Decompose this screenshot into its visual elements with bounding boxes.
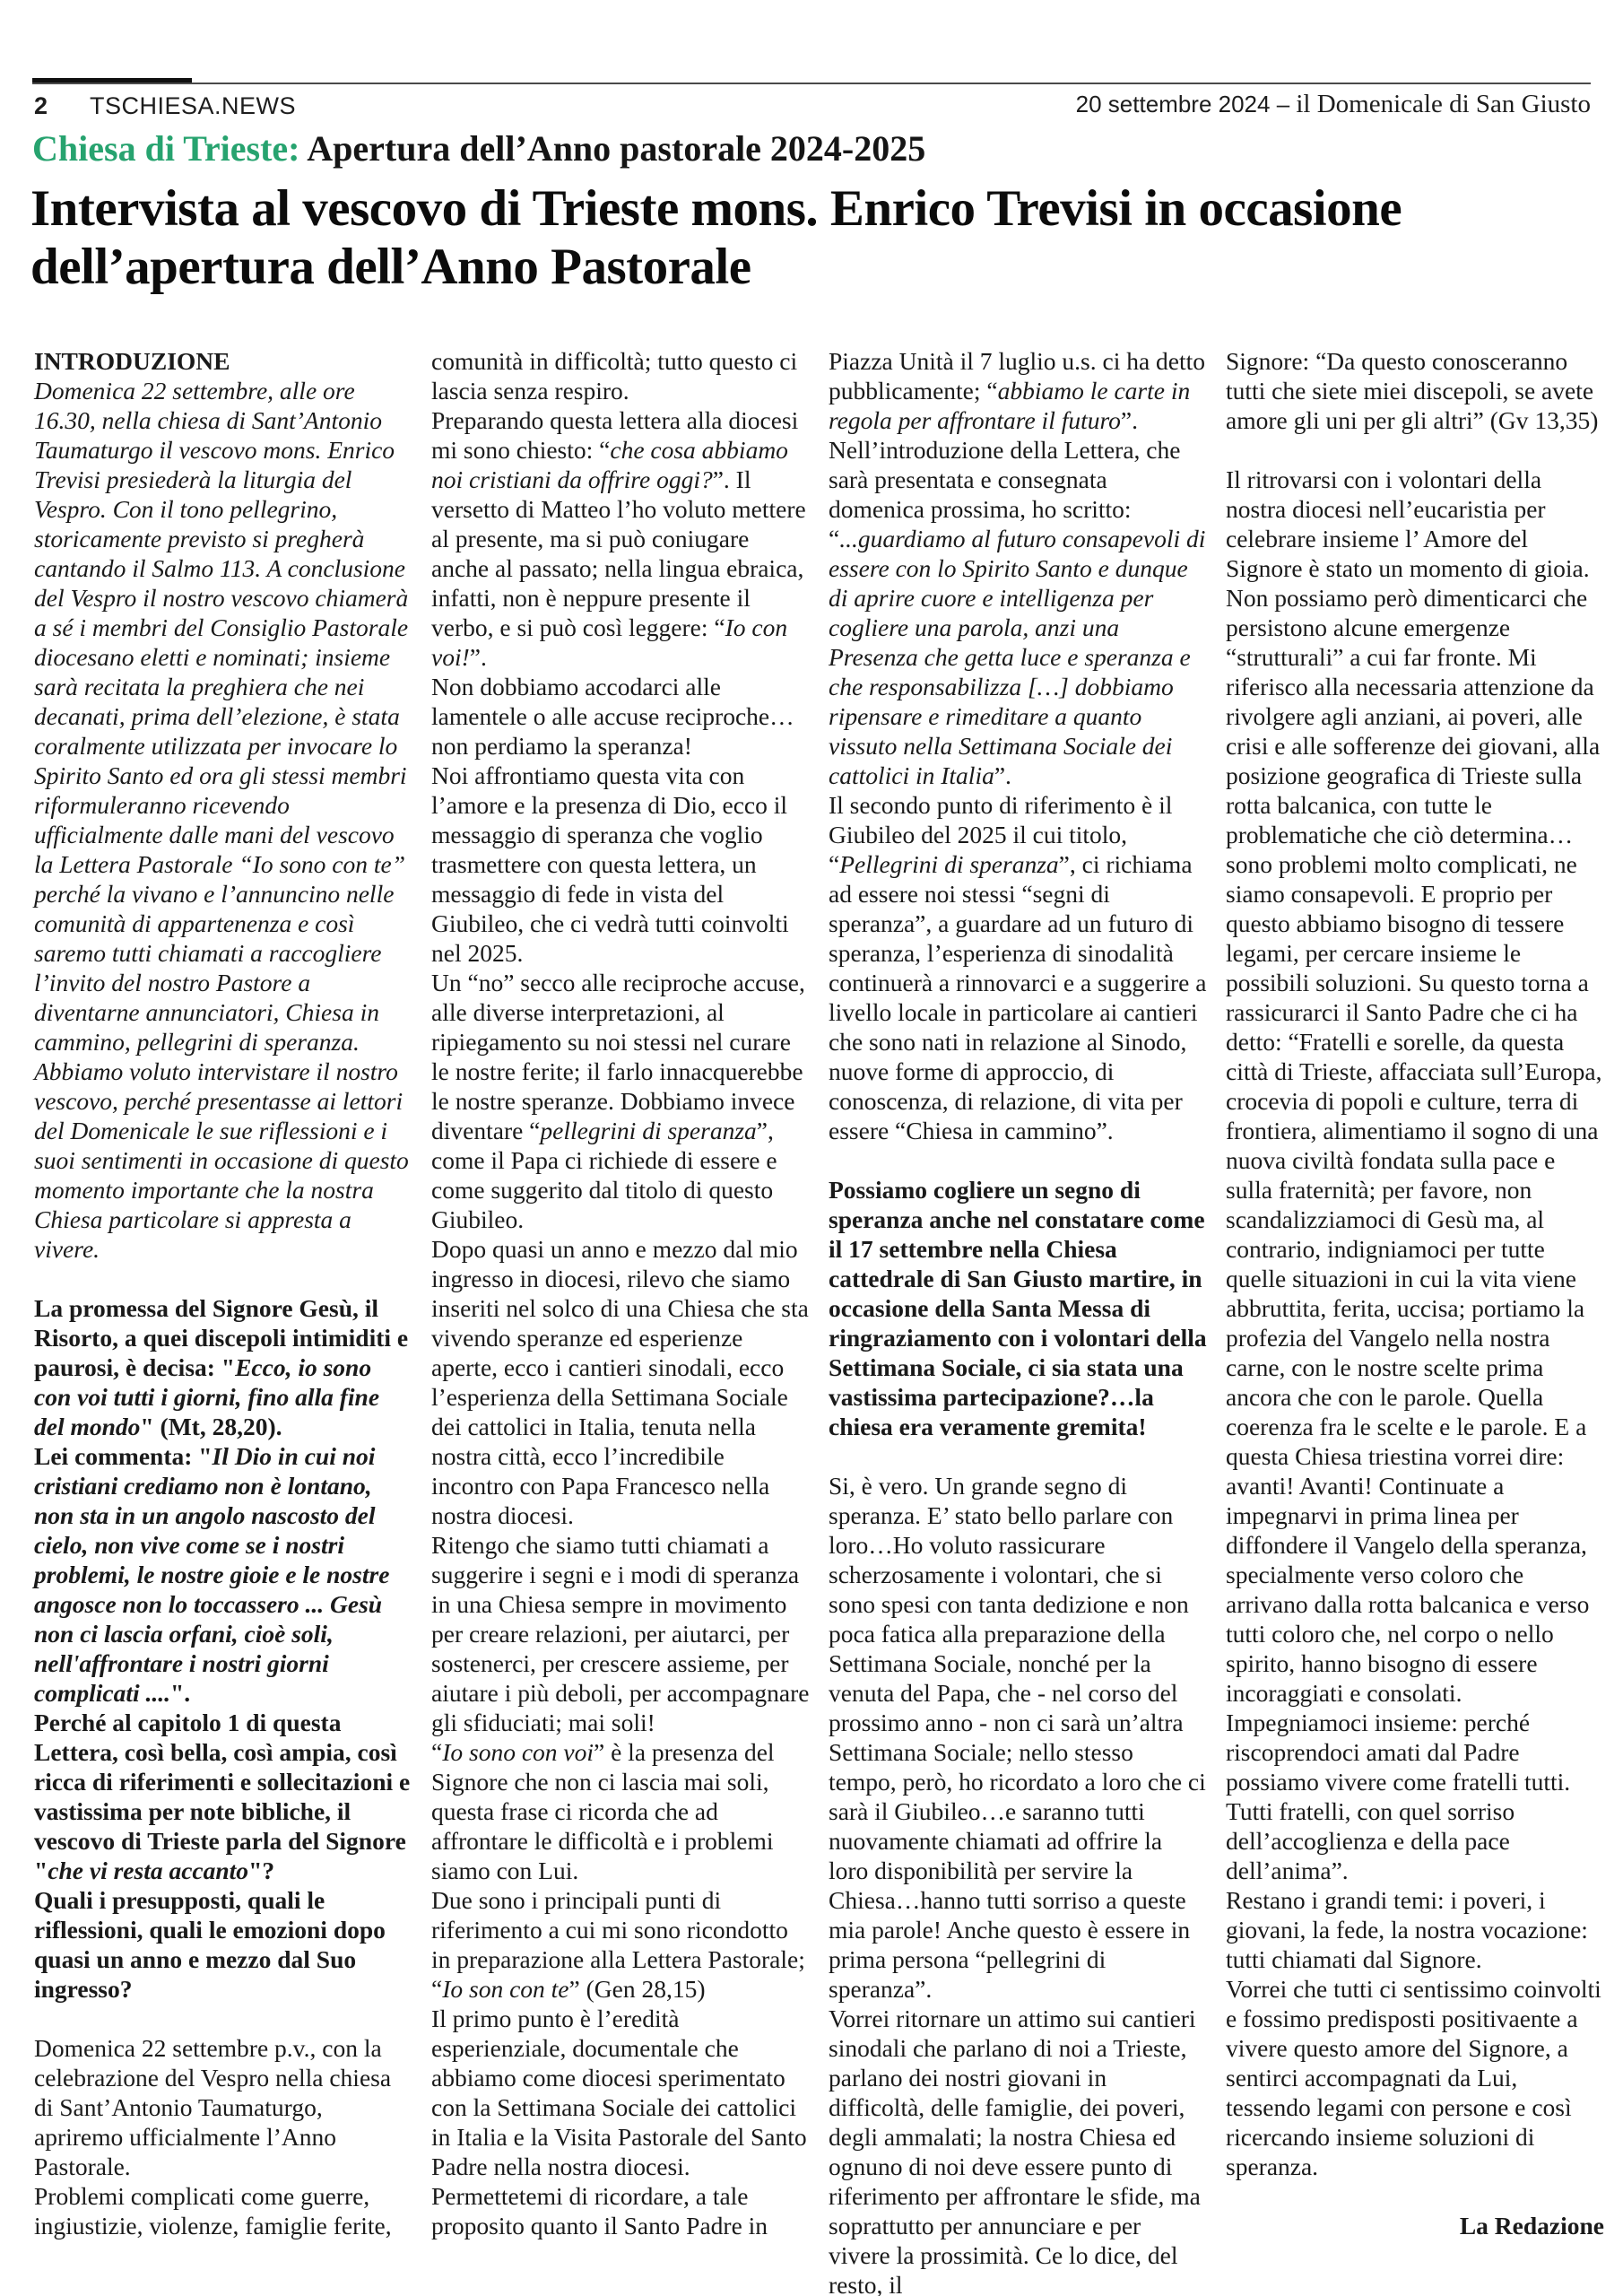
kicker-highlight: Chiesa di Trieste: bbox=[32, 128, 300, 169]
text-run: ”. bbox=[470, 643, 487, 671]
text-run: ”. bbox=[1121, 406, 1138, 434]
paragraph: comunità in difficoltà; tutto questo ci … bbox=[431, 346, 810, 405]
paragraph-spacer bbox=[829, 1441, 1207, 1471]
paragraph: Possiamo cogliere un segno di speranza a… bbox=[829, 1175, 1207, 1441]
article-column-4: Signore: “Da questo conosceranno tutti c… bbox=[1226, 346, 1604, 2296]
text-run: Il Dio in cui noi cristiani crediamo non… bbox=[34, 1442, 389, 1707]
paragraph: Un “no” secco alle reciproche accuse, al… bbox=[431, 968, 810, 1234]
text-run: ”, ci richiama ad essere noi stessi “seg… bbox=[829, 850, 1206, 1144]
text-run: ” (Gen 28,15) bbox=[569, 1975, 706, 2003]
text-run: Io son con te bbox=[442, 1975, 568, 2003]
paragraph: Il ritrovarsi con i volontari della nost… bbox=[1226, 465, 1604, 1885]
text-run: comunità in difficoltà; tutto questo ci … bbox=[431, 347, 797, 404]
paragraph-spacer bbox=[1226, 2181, 1604, 2211]
text-run: Domenica 22 settembre p.v., con la celeb… bbox=[34, 2034, 391, 2180]
paragraph: Ritengo che siamo tutti chiamati a sugge… bbox=[431, 1530, 810, 1737]
text-run: "? bbox=[248, 1857, 274, 1884]
paragraph: Dopo quasi un anno e mezzo dal mio ingre… bbox=[431, 1234, 810, 1530]
paragraph: La Redazione bbox=[1226, 2211, 1604, 2240]
text-run: “ bbox=[431, 1738, 442, 1766]
text-run: Ritengo che siamo tutti chiamati a sugge… bbox=[431, 1531, 809, 1736]
headline-line-2: dell’apertura dell’Anno Pastorale bbox=[30, 238, 1618, 296]
paragraph: Nell’introduzione della Lettera, che sar… bbox=[829, 435, 1207, 790]
date-line: 20 settembre 2024 – il Domenicale di San… bbox=[1076, 90, 1591, 119]
text-run: Problemi complicati come guerre, ingiust… bbox=[34, 2182, 392, 2239]
paragraph-spacer bbox=[34, 2004, 412, 2033]
paragraph: Noi affrontiamo questa vita con l’amore … bbox=[431, 761, 810, 968]
text-run: Possiamo cogliere un segno di speranza a… bbox=[829, 1176, 1207, 1440]
paragraph: Il primo punto è l’eredità esperienziale… bbox=[431, 2004, 810, 2181]
paragraph: Restano i grandi temi: i poveri, i giova… bbox=[1226, 1885, 1604, 1974]
text-run: Quali i presupposti, quali le riflession… bbox=[34, 1886, 386, 2003]
site-name: TSCHIESA.NEWS bbox=[90, 92, 296, 120]
text-run: Signore: “Da questo conosceranno tutti c… bbox=[1226, 347, 1598, 434]
text-run: Non dobbiamo accodarci alle lamentele o … bbox=[431, 673, 794, 760]
article-column-1: INTRODUZIONEDomenica 22 settembre, alle … bbox=[34, 346, 412, 2296]
text-run: INTRODUZIONE bbox=[34, 347, 230, 375]
page-number: 2 bbox=[34, 92, 48, 120]
text-run: Restano i grandi temi: i poveri, i giova… bbox=[1226, 1886, 1588, 1973]
text-run: La Redazione bbox=[1460, 2212, 1604, 2239]
article-column-3: Piazza Unità il 7 luglio u.s. ci ha dett… bbox=[829, 346, 1207, 2296]
text-run: Domenica 22 settembre, alle ore 16.30, n… bbox=[34, 377, 409, 1263]
paragraph-spacer bbox=[1226, 435, 1604, 465]
paragraph: Preparando questa lettera alla diocesi m… bbox=[431, 405, 810, 672]
paragraph: Quali i presupposti, quali le riflession… bbox=[34, 1885, 412, 2004]
paragraph-spacer bbox=[34, 1264, 412, 1293]
paragraph-spacer bbox=[829, 1145, 1207, 1175]
paragraph: Domenica 22 settembre p.v., con la celeb… bbox=[34, 2033, 412, 2181]
text-run: Il primo punto è l’eredità esperienziale… bbox=[431, 2005, 807, 2180]
text-run: Vorrei che tutti ci sentissimo coinvolti… bbox=[1226, 1975, 1601, 2180]
paragraph: Non dobbiamo accodarci alle lamentele o … bbox=[431, 672, 810, 761]
article-column-2: comunità in difficoltà; tutto questo ci … bbox=[431, 346, 810, 2296]
text-run: Il ritrovarsi con i volontari della nost… bbox=[1226, 465, 1602, 1884]
text-run: Lei commenta: " bbox=[34, 1442, 213, 1470]
date-line-publication: il Domenicale di San Giusto bbox=[1296, 90, 1591, 118]
paragraph: Lei commenta: "Il Dio in cui noi cristia… bbox=[34, 1441, 412, 1708]
text-run: Io sono con voi bbox=[442, 1738, 594, 1766]
paragraph: La promessa del Signore Gesù, il Risorto… bbox=[34, 1293, 412, 1441]
paragraph: Domenica 22 settembre, alle ore 16.30, n… bbox=[34, 376, 412, 1264]
text-run: Si, è vero. Un grande segno di speranza.… bbox=[829, 1472, 1206, 2003]
headline-line-1: Intervista al vescovo di Trieste mons. E… bbox=[30, 179, 1618, 238]
paragraph: Signore: “Da questo conosceranno tutti c… bbox=[1226, 346, 1604, 435]
newspaper-page: 2 TSCHIESA.NEWS 20 settembre 2024 – il D… bbox=[0, 0, 1623, 2296]
kicker-text: Apertura dell’Anno pastorale 2024-2025 bbox=[300, 128, 926, 169]
paragraph: Si, è vero. Un grande segno di speranza.… bbox=[829, 1471, 1207, 2004]
headline: Intervista al vescovo di Trieste mons. E… bbox=[30, 179, 1618, 296]
text-run: ". bbox=[170, 1679, 190, 1707]
paragraph: Permettetemi di ricordare, a tale propos… bbox=[431, 2181, 810, 2240]
paragraph: Problemi complicati come guerre, ingiust… bbox=[34, 2181, 412, 2240]
text-run: Noi affrontiamo questa vita con l’amore … bbox=[431, 761, 789, 967]
text-run: ...guardiamo al futuro consapevoli di es… bbox=[829, 525, 1205, 789]
text-run: Permettetemi di ricordare, a tale propos… bbox=[431, 2182, 768, 2239]
text-run: " (Mt, 28,20). bbox=[140, 1413, 282, 1440]
paragraph: Perché al capitolo 1 di questa Lettera, … bbox=[34, 1708, 412, 1885]
paragraph: Il secondo punto di riferimento è il Giu… bbox=[829, 790, 1207, 1145]
paragraph: Vorrei che tutti ci sentissimo coinvolti… bbox=[1226, 1974, 1604, 2181]
text-run: Dopo quasi un anno e mezzo dal mio ingre… bbox=[431, 1235, 809, 1529]
text-run: pellegrini di speranza bbox=[540, 1117, 756, 1144]
paragraph: INTRODUZIONE bbox=[34, 346, 412, 376]
text-run: che vi resta accanto bbox=[48, 1857, 248, 1884]
header-rule bbox=[32, 83, 1591, 84]
date-line-date: 20 settembre 2024 – bbox=[1076, 91, 1297, 117]
paragraph: Piazza Unità il 7 luglio u.s. ci ha dett… bbox=[829, 346, 1207, 435]
text-run: Pellegrini di speranza bbox=[839, 850, 1058, 878]
paragraph: “Io sono con voi” è la presenza del Sign… bbox=[431, 1737, 810, 1885]
article-columns: INTRODUZIONEDomenica 22 settembre, alle … bbox=[34, 346, 1604, 2296]
paragraph: Vorrei ritornare un attimo sui cantieri … bbox=[829, 2004, 1207, 2296]
paragraph: Due sono i principali punti di riferimen… bbox=[431, 1885, 810, 2004]
kicker: Chiesa di Trieste: Apertura dell’Anno pa… bbox=[32, 127, 925, 170]
text-run: ”. bbox=[994, 761, 1011, 789]
text-run: Vorrei ritornare un attimo sui cantieri … bbox=[829, 2005, 1201, 2296]
